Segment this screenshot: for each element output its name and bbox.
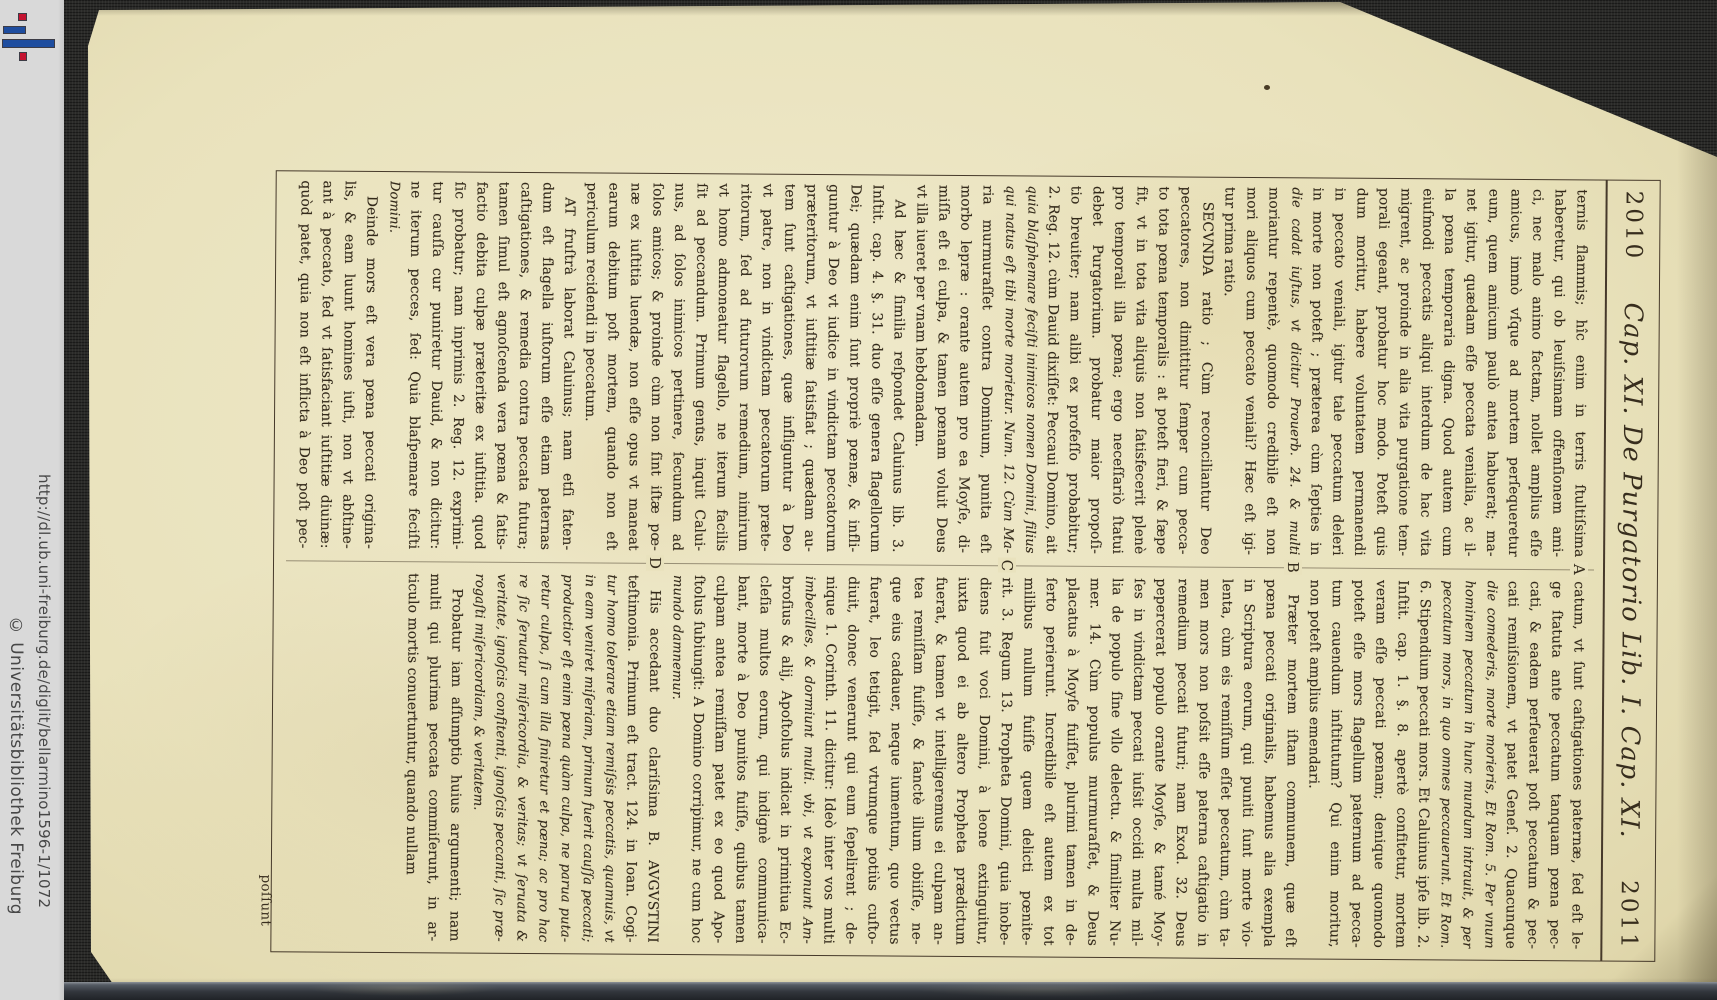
text-line: multi qui plurima peccata commiſerunt, i… xyxy=(421,573,446,941)
text-line: peccatum mors, in quo omnes peccauerunt.… xyxy=(1433,580,1458,948)
text-line: ne iterum pecces, ſed: Quia blaſpemare f… xyxy=(402,181,427,549)
text-line: ci, nec malo animo factam, nollet ampliu… xyxy=(1524,189,1549,557)
column-number-right: 2011 xyxy=(1615,880,1641,951)
margin-letter-C: C xyxy=(998,558,1016,574)
scanner-glass-edge xyxy=(64,982,1717,1000)
text-line: earum debitum poſt mortem, quando non eſ… xyxy=(600,183,625,551)
text-line: nus, ad ſolos inimicos pertinere, ſecund… xyxy=(666,183,691,551)
text-line: la pœna temporaria digna. Quod autem cum xyxy=(1436,188,1461,556)
text-line: lis, & eam luunt homines iuſti, non vt a… xyxy=(336,181,361,549)
text-line: non poteſt amplius emendari. xyxy=(1301,579,1326,947)
text-line: in eam veniret miſeriam, primum fuerit c… xyxy=(575,574,600,942)
text-columns: ternis flammis; hîc enim in terris ſtult… xyxy=(271,171,1605,960)
text-line: ria murmuraſſet contra Dominum, punita e… xyxy=(974,185,999,553)
text-line: tamen ſimul eſt agnoſcenda vera pœna & ſ… xyxy=(490,182,515,550)
text-line: fuerat, & tamen vt intelligeremus ei cul… xyxy=(927,577,952,945)
text-line: Inſtit. cap. 1. §. 8. apertè confitetur,… xyxy=(1389,580,1414,948)
text-line: ſtolus ſubiungit: A Domino corripimur, n… xyxy=(685,575,710,943)
text-line: tur homo tolerare etiam remiſsis peccati… xyxy=(597,575,622,943)
paper-speck xyxy=(1264,85,1270,90)
running-title: Cap. XI. De Purgatorio Lib. I. Cap. XI. xyxy=(1614,261,1648,880)
text-line: catum, vt ſunt caſtigationes paternæ, ſe… xyxy=(1565,581,1590,949)
text-line: morbo lepræ : orante autem pro ea Moyſe,… xyxy=(952,185,977,553)
text-line: periculum recidendi in peccatum. xyxy=(578,182,603,550)
text-line: quia blaſphemare feciſti inimicos nomen … xyxy=(1018,185,1043,553)
text-line: eum, quem amicum paulò antea habuerat; m… xyxy=(1480,189,1505,557)
text-line: ge ſtatuta ante peccatum tanquam pœna pe… xyxy=(1543,581,1568,949)
text-line: ſolos amicos; & proinde cùm non ſint iſt… xyxy=(644,183,669,551)
text-line: ritorum, ſed ad futurorum remedium, nimi… xyxy=(732,183,757,551)
text-line: peccatores, non dimittitur ſemper cum pe… xyxy=(1172,187,1197,555)
text-line: in Scriptura eorum, qui puniti ſunt mort… xyxy=(1235,579,1260,947)
text-line: dum moritur, habere voluntatem permanend… xyxy=(1348,188,1373,556)
text-line: vt homo admoneatur flagello, ne iterum f… xyxy=(710,183,735,551)
library-logo-icon xyxy=(2,39,55,48)
text-line: SECVNDA ratio ; Cùm reconciliantur Deo xyxy=(1194,187,1219,555)
text-line: 6. Stipendium peccati mors. Et Caluinus … xyxy=(1411,580,1436,948)
text-line: mori aliquos cum peccato veniali? Hæc eſ… xyxy=(1238,187,1263,555)
text-line: mer. 14. Cùm populus murmuraſſet, & Deus xyxy=(1081,578,1106,946)
text-line: veram eſſe peccati pœnam; denique quomod… xyxy=(1367,580,1392,948)
column-2010: ternis flammis; hîc enim in terris ſtult… xyxy=(292,180,1593,557)
text-line: milibus nullum fuiſſe quem delicti pœnit… xyxy=(1015,577,1040,945)
text-line: næ ex iuſtitia luendæ, non eſſe opus vt … xyxy=(622,183,647,551)
text-line: cleſia multos eorum, qui indignè communi… xyxy=(751,576,776,944)
text-block-frame: 2010 Cap. XI. De Purgatorio Lib. I. Cap.… xyxy=(270,170,1660,962)
text-line: productior eſt enim pœna quàm culpa, ne … xyxy=(553,574,578,942)
text-line: retur culpa, ſi cum illa finiretur et pœ… xyxy=(531,574,556,942)
text-line: que eius cadauer, neque iumentum, quo ve… xyxy=(883,576,908,944)
text-line: diuit, donec venerunt qui eum ſepelirent… xyxy=(839,576,864,944)
text-line: dum eſt flagella iuſtorum eſſe etiam pat… xyxy=(534,182,559,550)
text-line: mundo damnemur. xyxy=(663,575,688,943)
text-line: vt illa iueret per vnam hebdomadam. xyxy=(908,185,933,553)
text-line: rit. 3. Regum 13. Propheta Domini, quia … xyxy=(993,577,1018,945)
text-line: Præter mortem iſtam communem, quæ eſt xyxy=(1279,579,1304,947)
text-line: Inſtit. cap. 4. §. 31. duo eſſe genera f… xyxy=(864,184,889,552)
text-line: in peccato veniali, igitur tale peccatum… xyxy=(1326,188,1351,556)
text-line: ant à peccato, ſed vt ſatisfaciant iuſti… xyxy=(314,181,339,549)
text-line: Domini. xyxy=(380,181,405,549)
text-line: to tota pœna temporalis : at poteſt fier… xyxy=(1150,186,1175,554)
margin-letter-D: D xyxy=(646,555,664,571)
running-header: 2010 Cap. XI. De Purgatorio Lib. I. Cap.… xyxy=(1600,181,1659,961)
text-line: tur cauſſa cur puniretur Dauid, & non di… xyxy=(424,181,449,549)
text-line: eiuſmodi peccatis aliqui interdum de hac… xyxy=(1414,188,1439,556)
text-line: poteſt eſſe mors flagellum paternum ad p… xyxy=(1345,580,1370,948)
text-line: præteritorum, vt iuſtitiæ ſatisfiat ; qu… xyxy=(798,184,823,552)
paper-speck xyxy=(702,428,705,431)
text-line: miſſa eſt ei culpa, & tamen pœnam voluit… xyxy=(930,185,955,553)
library-logo-icon xyxy=(19,52,27,61)
text-line: cati, & eadem perſeuerat poſt peccatum &… xyxy=(1521,581,1546,949)
text-line: veritate, ignoſcis confitenti, ignoſcis … xyxy=(487,574,512,942)
text-line: caſtigationes, & remedia contra peccata … xyxy=(512,182,537,550)
margin-letter-A: A xyxy=(1570,562,1588,577)
text-line: diens fuit voci Domini, à leone extingui… xyxy=(971,577,996,945)
text-line: hominem peccatum in hunc mundum intrauit… xyxy=(1455,580,1480,948)
text-line: ſes in vindictam peccati iuſsit occidi m… xyxy=(1125,578,1150,946)
text-line: ſit ad peccandum. Primum genus, inquit C… xyxy=(688,183,713,551)
text-line: broſius & alij, Apoſtolus indicat in pri… xyxy=(773,576,798,944)
text-line: ſic probatur; nam inprimis 2. Reg. 12. e… xyxy=(446,181,471,549)
text-line: moriantur repentè, quomodo credibile eſt… xyxy=(1260,187,1285,555)
text-line: fit, vt in tota vita aliquis non ſatisfe… xyxy=(1128,186,1153,554)
text-line: lenta, cùm eis remiſſum eſſet peccatum, … xyxy=(1213,579,1238,947)
text-line: qui natus eſt tibi morte morietur. Num. … xyxy=(996,185,1021,553)
text-line: re ſic ſeruatur miſericordia, & veritas;… xyxy=(509,574,534,942)
text-line: AT fruſtrà laborat Caluinus; nam etſi fa… xyxy=(556,182,581,550)
text-line: vt patre, non in vindictam peccatorum pr… xyxy=(754,184,779,552)
text-line: imbecilles, & dormiunt multi. vbi, vt ex… xyxy=(795,576,820,944)
text-line: culpam antea remiſſam patet ex eo quod A… xyxy=(707,575,732,943)
text-line: Ad hæc & ſimilia reſpondet Caluinus lib.… xyxy=(886,185,911,553)
text-line: bant, morte à Deo punitos fuiſſe, quibus… xyxy=(729,575,754,943)
text-line: ternis flammis; hîc enim in terris ſtult… xyxy=(1568,189,1593,557)
text-line: die comederis, morte morieris, Et Rom. 5… xyxy=(1477,581,1502,949)
margin-letter-B: B xyxy=(1284,560,1302,575)
catchword: poſſunt xyxy=(257,874,273,926)
library-logo-icon xyxy=(3,26,26,34)
text-line: tum cauendum inſtitutum? Qui enim moritu… xyxy=(1323,580,1348,948)
text-line: amicus, immò vſque ad mortem perſequeret… xyxy=(1502,189,1527,557)
text-line: iuxta quod ei ab altero Propheta prædict… xyxy=(949,577,974,945)
text-line: debet Purgatorium. probatur maior propoſ… xyxy=(1084,186,1109,554)
text-line: rogaſti miſericordiam, & veritatem. xyxy=(465,574,490,942)
library-logo-icon xyxy=(18,13,27,21)
text-line: pepercerat populo orante Moyſe, & tamé M… xyxy=(1147,578,1172,946)
text-line: ticulo mortis conuertuntur, quando nulla… xyxy=(399,573,424,941)
text-line: tem ſunt caſtigationes, quæ infliguntur … xyxy=(776,184,801,552)
text-line: pro temporali illa pœna; ergo neceſſariò… xyxy=(1106,186,1131,554)
text-line: haberetur, qui ob leuiſsimam offenſionem… xyxy=(1546,189,1571,557)
text-line: quòd patet, quia non eſt inflicta à Deo … xyxy=(292,180,317,548)
text-line: men mors non poſsit eſſe paterna caſtiga… xyxy=(1191,579,1216,947)
text-line: 2. Reg. 12. cùm Dauid dixiſſet: Peccaui … xyxy=(1040,186,1065,554)
text-line: teſtimonia. Primum eſt tract. 124. in Io… xyxy=(619,575,644,943)
text-line: porali egeant, probatur hoc modo. Poteſt… xyxy=(1370,188,1395,556)
text-line: tea remiſſam fuiſſe, & ſanctè illum obii… xyxy=(905,577,930,945)
text-line: in morte non poteſt ; præterea cùm ſepti… xyxy=(1304,187,1329,555)
text-line: tur prima ratio. xyxy=(1216,187,1241,555)
text-line: Probatur iam aſſumptio huius argumenti; … xyxy=(443,573,468,941)
text-line: tio breuiter; nam alibi ex profeſſo prob… xyxy=(1062,186,1087,554)
text-line: placatus à Moyſe fuiſſet, plurimi tamen … xyxy=(1059,578,1084,946)
column-number-left: 2010 xyxy=(1620,191,1646,262)
source-url-label: http://dl.ub.uni-freiburg.de/diglit/bell… xyxy=(35,474,53,908)
text-line: ſerto perierunt. Incredibile eſt autem e… xyxy=(1037,578,1062,946)
text-line: fuerat, leo tetigit, ſed vtrumque potiùs… xyxy=(861,576,886,944)
column-2011: catum, vt ſunt caſtigationes paternæ, ſe… xyxy=(289,572,1590,949)
text-line: nique 1. Corinth. 11. dicitur: Ideò inte… xyxy=(817,576,842,944)
text-line: Dei; quædam enim ſunt propriè pœnæ, & in… xyxy=(842,184,867,552)
text-line: die cadat iuſtus, vt dicitur Prouerb. 24… xyxy=(1282,187,1307,555)
text-line: guntur à Deo vt iudice in vindictam pecc… xyxy=(820,184,845,552)
text-line: lia de populo ſine vllo delectu. & ſimil… xyxy=(1103,578,1128,946)
copyright-label: © Universitätsbibliothek Freiburg xyxy=(6,616,26,915)
text-line: remedium peccati futuri; nam Exod. 32. D… xyxy=(1169,578,1194,946)
text-line: cati remiſsionem, vt patet Geneſ. 2. Qua… xyxy=(1499,581,1524,949)
text-line: His accedant duo clariſsima B. AVGVSTINI xyxy=(641,575,666,943)
text-line: migrent, ac proinde in alia vita purgati… xyxy=(1392,188,1417,556)
book-scan-viewer: { "viewer": { "logo": { "name": "univers… xyxy=(0,0,1717,1000)
viewer-sidebar: © Universitätsbibliothek Freiburg xyxy=(0,0,64,1000)
text-line: factio debita culpæ præteritæ ex iuſtiti… xyxy=(468,182,493,550)
text-line: net igitur, quædam eſſe peccata venialia… xyxy=(1458,188,1483,556)
text-line: Deinde mors eſt vera pœna peccati origin… xyxy=(358,181,383,549)
scanned-page: 2010 Cap. XI. De Purgatorio Lib. I. Cap.… xyxy=(255,170,1660,966)
text-line: pœna peccati originalis, habemus alia ex… xyxy=(1257,579,1282,947)
